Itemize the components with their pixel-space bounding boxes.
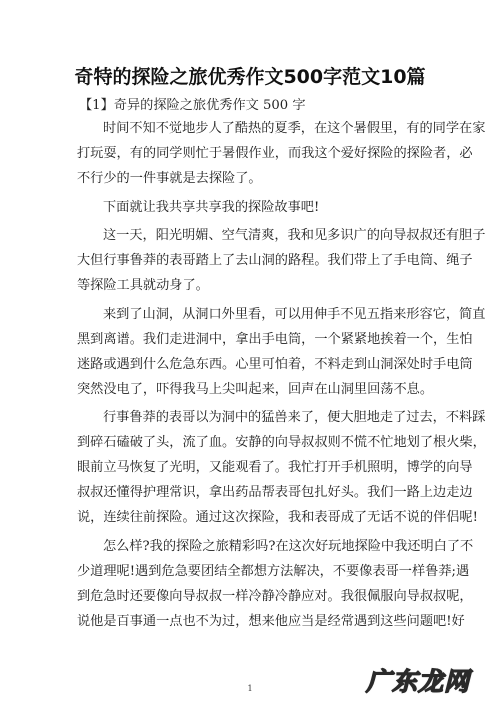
paragraph-1: 时间不知不觉地步人了酷热的夏季，在这个暑假里，有的同学在家 打玩耍，有的同学则忙… [77,116,425,191]
paragraph-6: 怎么样?我的探险之旅精彩吗?在这次好玩地探险中我还明白了不 少道理呢!遇到危急要… [77,534,425,634]
document-title: 奇特的探险之旅优秀作文500字范文10篇 [0,62,500,89]
text-line: 说，连续往前探险。通过这次探险，我和表哥成了无话不说的伴侣呢! [51,505,425,530]
text-line: 眼前立马恢复了光明，又能观看了。我忙打开手机照明，博学的向导 [51,455,425,480]
text-line: 这一天，阳光明媚、空气清爽，我和见多识广的向导叔叔还有胆子 [77,223,425,248]
text-line: 打玩耍，有的同学则忙于暑假作业，而我这个爱好探险的探险者，必 [51,141,425,166]
document-page: 奇特的探险之旅优秀作文500字范文10篇 【1】奇异的探险之旅优秀作文 500 … [0,0,500,707]
document-body: 时间不知不觉地步人了酷热的夏季，在这个暑假里，有的同学在家 打玩耍，有的同学则忙… [77,116,425,637]
text-line: 黑到离谱。我们走进洞中，拿出手电筒，一个紧紧地挨着一个，生怕 [51,327,425,352]
text-line: 怎么样?我的探险之旅精彩吗?在这次好玩地探险中我还明白了不 [77,534,425,559]
paragraph-2: 下面就让我共享共享我的探险故事吧! [77,195,425,220]
text-line: 到碎石磕破了头，流了血。安静的向导叔叔则不慌不忙地划了根火柴， [51,430,425,455]
text-line: 行事鲁莽的表哥以为洞中的猛兽来了，便大胆地走了过去，不料踩 [77,405,425,430]
text-line: 下面就让我共享共享我的探险故事吧! [77,195,425,220]
text-line: 到危急时还要像向导叔叔一样冷静冷静应对。我很佩服向导叔叔呢， [51,584,425,609]
section-heading: 【1】奇异的探险之旅优秀作文 500 字 [79,94,306,113]
text-line: 叔叔还懂得护理常识，拿出药品帮表哥包扎好头。我们一路上边走边 [51,480,425,505]
text-line: 大但行事鲁莽的表哥踏上了去山洞的路程。我们带上了手电筒、绳子 [51,248,425,273]
text-line: 迷路或遇到什么危急东西。心里可怕着，不料走到山洞深处时手电筒 [51,352,425,377]
paragraph-4: 来到了山洞，从洞口外里看，可以用伸手不见五指来形容它，简直 黑到离谱。我们走进洞… [77,302,425,402]
text-line: 不行少的一件事就是去探险了。 [51,166,425,191]
watermark-logo: 广东龙网 [366,662,470,698]
paragraph-5: 行事鲁莽的表哥以为洞中的猛兽来了，便大胆地走了过去，不料踩 到碎石磕破了头，流了… [77,405,425,530]
paragraph-3: 这一天，阳光明媚、空气清爽，我和见多识广的向导叔叔还有胆子 大但行事鲁莽的表哥踏… [77,223,425,298]
text-line: 来到了山洞，从洞口外里看，可以用伸手不见五指来形容它，简直 [77,302,425,327]
text-line: 少道理呢!遇到危急要团结全都想方法解决，不要像表哥一样鲁莽;遇 [51,559,425,584]
text-line: 说他是百事通一点也不为过，想来他应当是经常遇到这些问题吧!好 [51,609,425,634]
text-line: 等探险工具就动身了。 [51,273,425,298]
text-line: 突然没电了，吓得我马上尖叫起来，回声在山洞里回荡不息。 [51,377,425,402]
text-line: 时间不知不觉地步人了酷热的夏季，在这个暑假里，有的同学在家 [77,116,425,141]
